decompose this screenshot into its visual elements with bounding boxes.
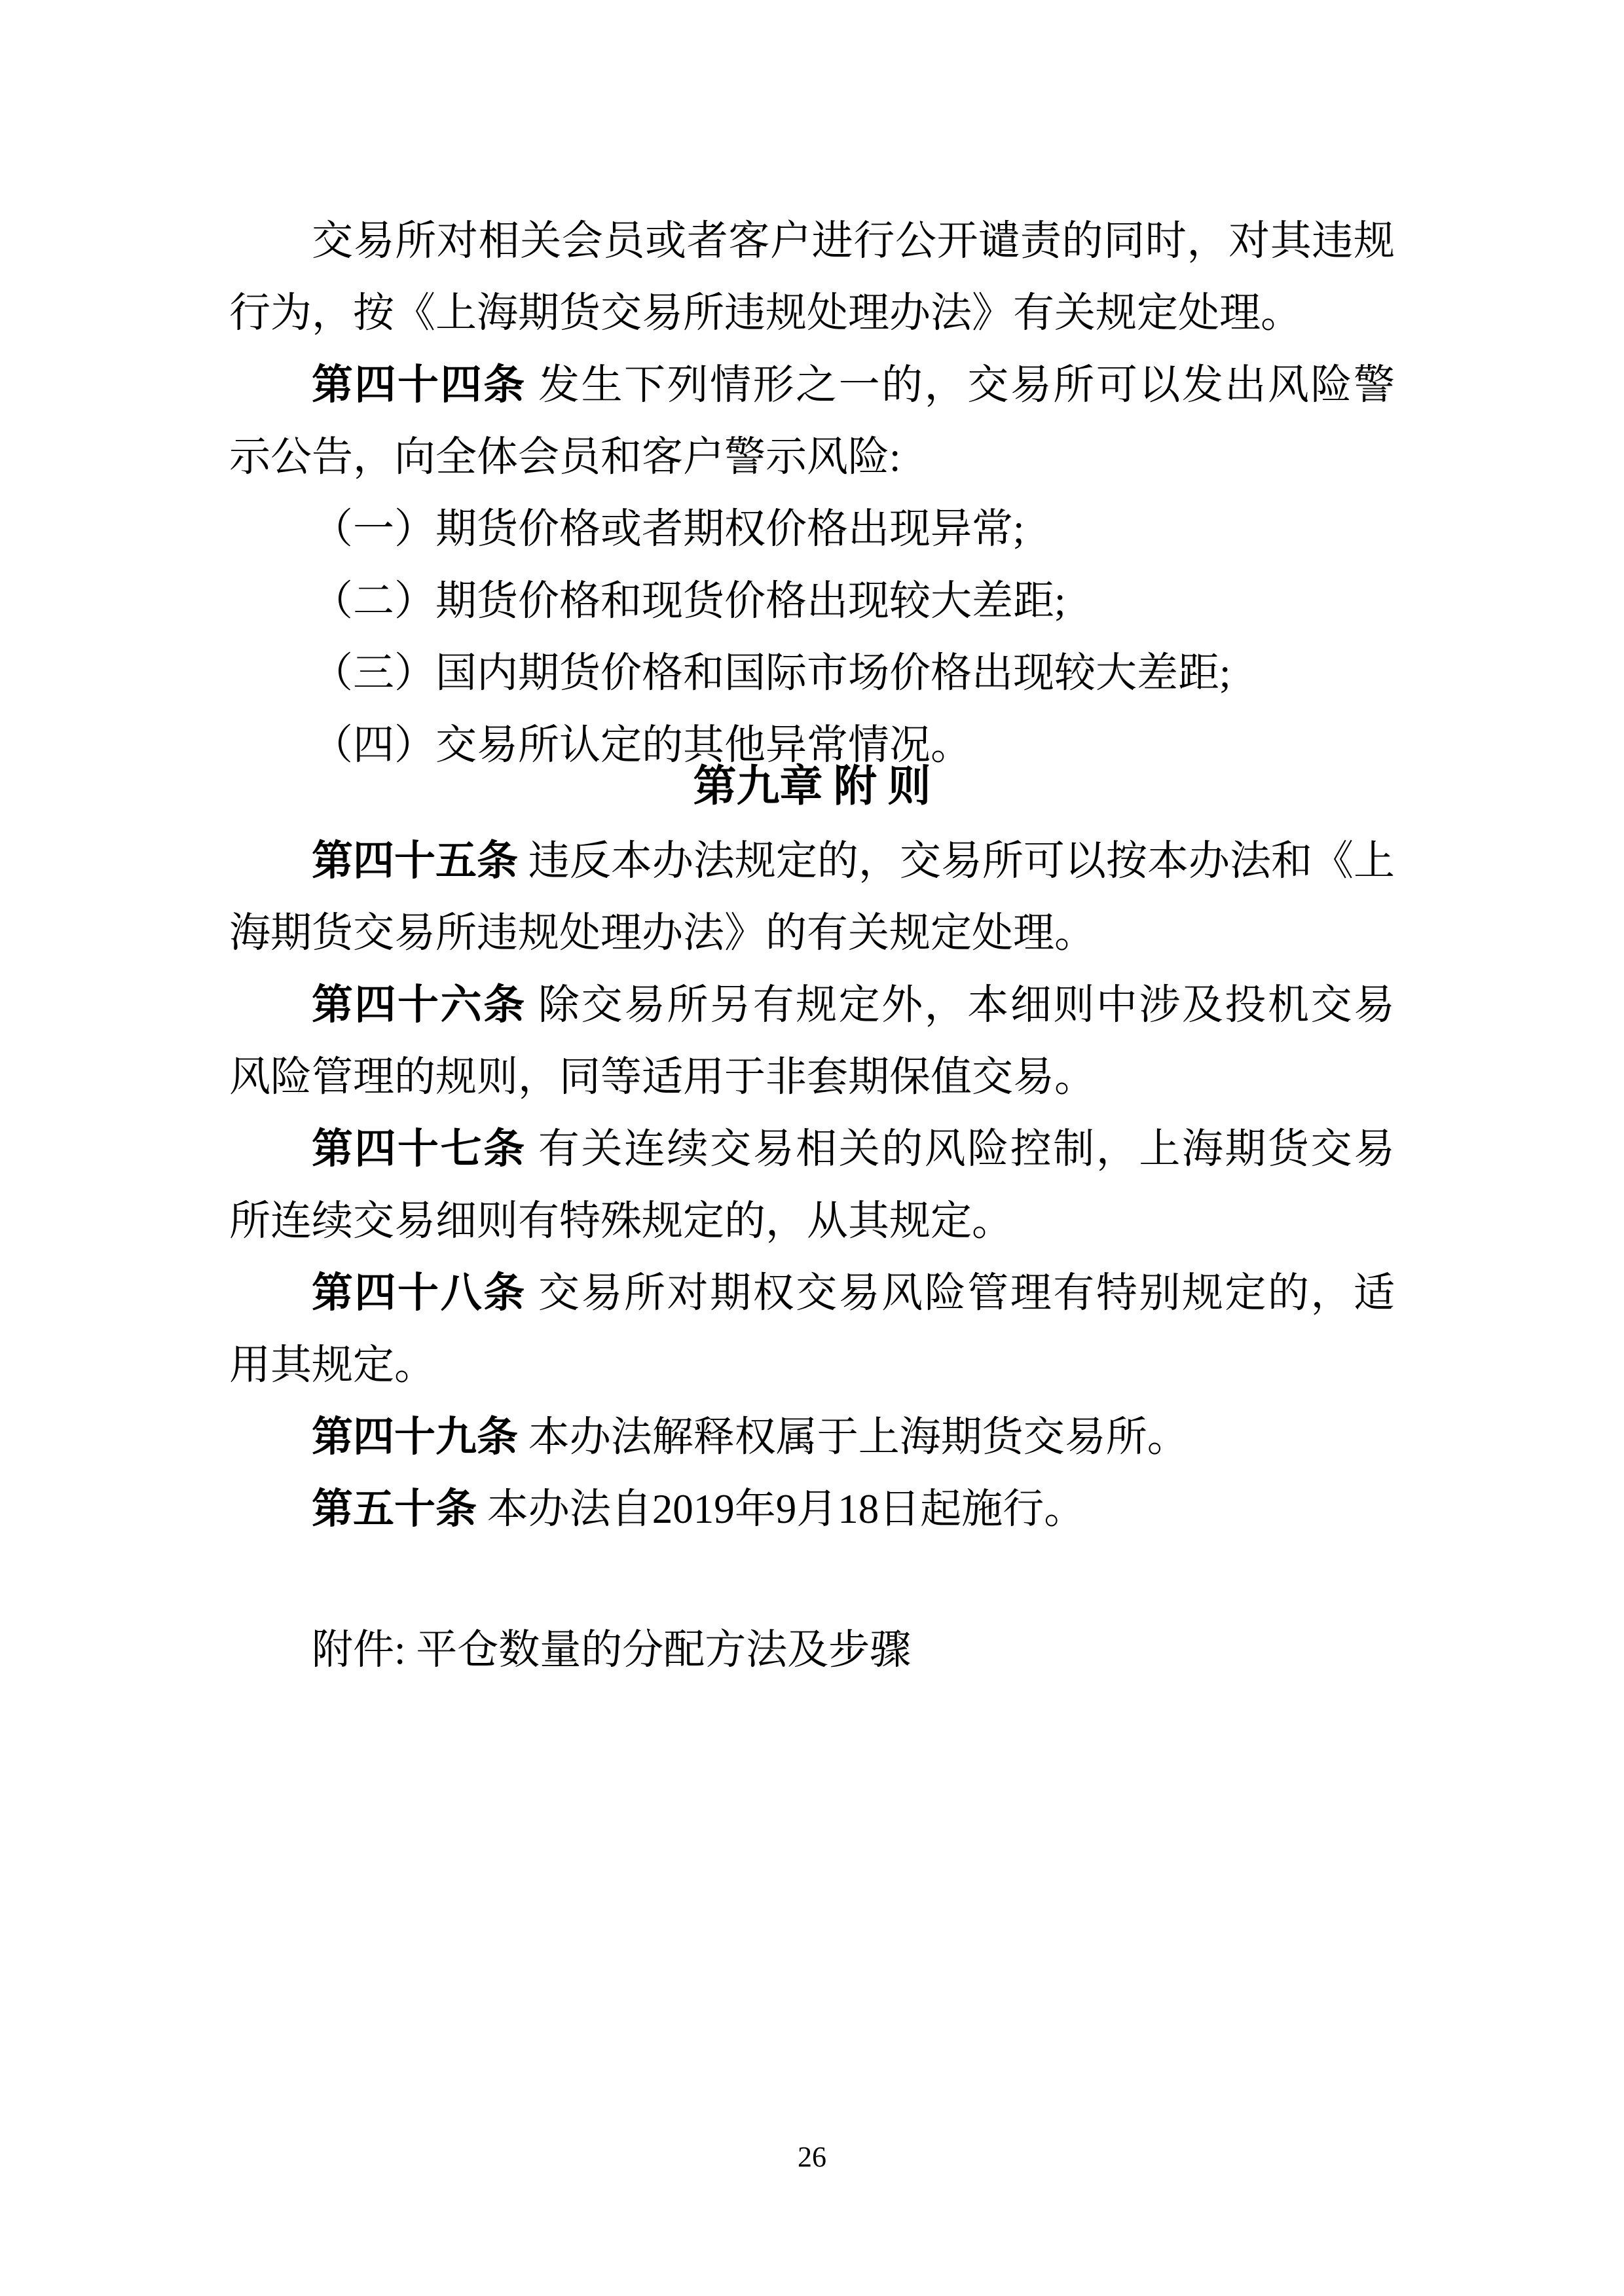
body-text: 用其规定。: [229, 1342, 435, 1388]
body-text: 除交易所另有规定外，本细则中涉及投机交易: [526, 982, 1395, 1028]
article-48-line-1: 第四十八条 交易所对期权交易风险管理有特别规定的，适: [229, 1257, 1395, 1329]
article-number-text: 第四十七条: [312, 1126, 526, 1172]
para-censure-line-1: 交易所对相关会员或者客户进行公开谴责的同时，对其违规: [229, 205, 1395, 277]
article-50-line: 第五十条 本办法自2019年9月18日起施行。: [229, 1473, 1395, 1545]
chapter-9-heading: 第九章 附 则: [229, 751, 1395, 823]
body-text: （二）期货价格和现货价格出现较大差距;: [312, 578, 1066, 624]
list-item-3: （三）国内期货价格和国际市场价格出现较大差距;: [229, 637, 1395, 709]
body-text: 交易所对相关会员或者客户进行公开谴责的同时，对其违规: [312, 218, 1395, 264]
body-text: 海期货交易所违规处理办法》的有关规定处理。: [229, 910, 1096, 956]
article-45-line-2: 海期货交易所违规处理办法》的有关规定处理。: [229, 897, 1395, 969]
article-46-line-1: 第四十六条 除交易所另有规定外，本细则中涉及投机交易: [229, 969, 1395, 1041]
list-item-2: （二）期货价格和现货价格出现较大差距;: [229, 565, 1395, 637]
body-text: 交易所对期权交易风险管理有特别规定的，适: [526, 1270, 1395, 1316]
article-47-line-1: 第四十七条 有关连续交易相关的风险控制，上海期货交易: [229, 1113, 1395, 1185]
article-44-line-2: 示公告，向全体会员和客户警示风险:: [229, 421, 1395, 493]
article-47-line-2: 所连续交易细则有特殊规定的，从其规定。: [229, 1185, 1395, 1257]
article-48-line-2: 用其规定。: [229, 1329, 1395, 1401]
article-number-text: 第九章 附 则: [693, 763, 931, 811]
body-text: 有关连续交易相关的风险控制，上海期货交易: [526, 1126, 1395, 1172]
list-item-1: （一）期货价格或者期权价格出现异常;: [229, 493, 1395, 565]
body-text: （一）期货价格或者期权价格出现异常;: [312, 506, 1025, 552]
body-text: 本办法自2019年9月18日起施行。: [477, 1486, 1085, 1532]
article-49-line: 第四十九条 本办法解释权属于上海期货交易所。: [229, 1401, 1395, 1473]
attachment-line: 附件: 平仓数量的分配方法及步骤: [229, 1614, 1395, 1686]
article-44-line-1: 第四十四条 发生下列情形之一的，交易所可以发出风险警: [229, 349, 1395, 421]
article-number-text: 第四十六条: [312, 982, 526, 1028]
body-text: 本办法解释权属于上海期货交易所。: [518, 1414, 1189, 1460]
document-body: 交易所对相关会员或者客户进行公开谴责的同时，对其违规行为，按《上海期货交易所违规…: [229, 0, 1395, 2296]
article-number-text: 第四十九条: [312, 1414, 518, 1460]
para-censure-line-2: 行为，按《上海期货交易所违规处理办法》有关规定处理。: [229, 277, 1395, 349]
body-text: 附件: 平仓数量的分配方法及步骤: [312, 1627, 911, 1673]
body-text: 所连续交易细则有特殊规定的，从其规定。: [229, 1198, 1013, 1244]
page-number: 26: [229, 2121, 1395, 2193]
article-46-line-2: 风险管理的规则，同等适用于非套期保值交易。: [229, 1041, 1395, 1113]
article-number-text: 第五十条: [312, 1486, 477, 1532]
article-45-line-1: 第四十五条 违反本办法规定的，交易所可以按本办法和《上: [229, 825, 1395, 897]
body-text: 违反本办法规定的，交易所可以按本办法和《上: [518, 838, 1395, 884]
body-text: 示公告，向全体会员和客户警示风险:: [229, 434, 901, 480]
body-text: 行为，按《上海期货交易所违规处理办法》有关规定处理。: [229, 290, 1302, 336]
article-number-text: 第四十四条: [312, 362, 526, 408]
body-text: 风险管理的规则，同等适用于非套期保值交易。: [229, 1054, 1096, 1100]
article-number-text: 第四十八条: [312, 1270, 526, 1316]
body-text: 发生下列情形之一的，交易所可以发出风险警: [526, 362, 1395, 408]
article-number-text: 第四十五条: [312, 838, 518, 884]
document-page: 交易所对相关会员或者客户进行公开谴责的同时，对其违规行为，按《上海期货交易所违规…: [0, 0, 1624, 2296]
body-text: （三）国内期货价格和国际市场价格出现较大差距;: [312, 650, 1231, 696]
